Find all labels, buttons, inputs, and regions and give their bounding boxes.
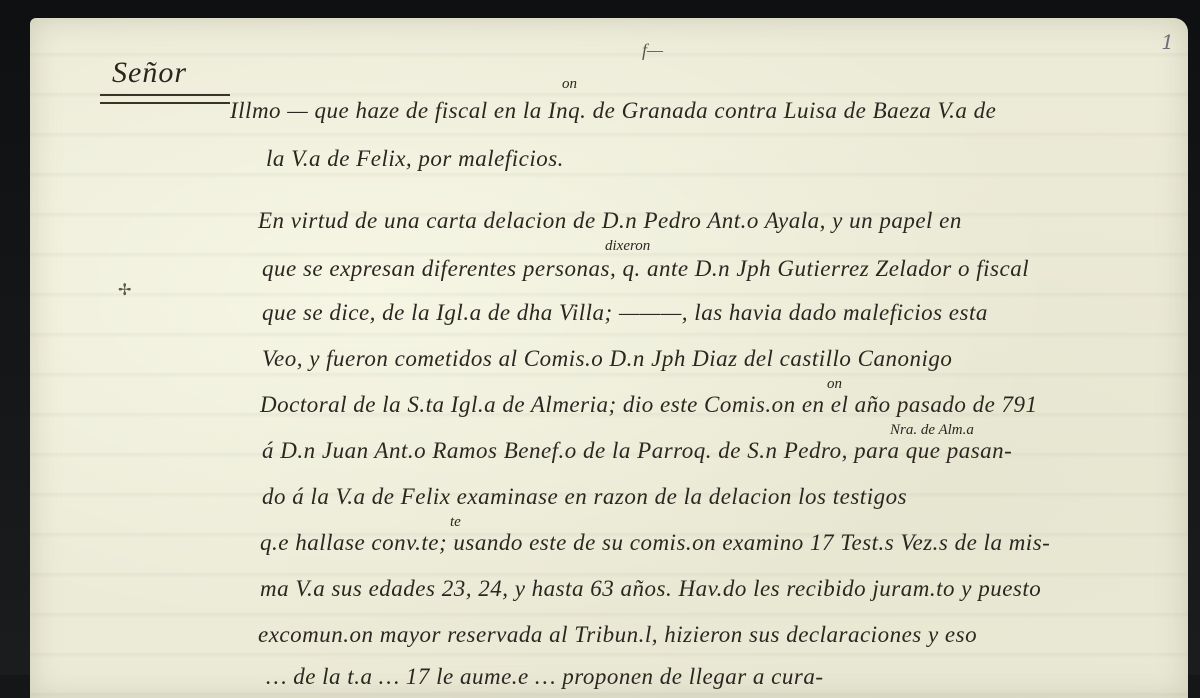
manuscript-page: f— 1 Señor ✢ on Illmo — que haze de fisc… xyxy=(30,18,1188,675)
superscript-annotation: on xyxy=(827,376,842,393)
top-mark: f— xyxy=(642,40,663,61)
superscript-annotation: te xyxy=(450,514,461,531)
manuscript-line: q.e hallase conv.te; usando este de su c… xyxy=(260,530,1050,556)
manuscript-line: que se expresan diferentes personas, q. … xyxy=(262,256,1029,282)
superscript-annotation: dixeron xyxy=(605,238,650,255)
manuscript-line: En virtud de una carta delacion de D.n P… xyxy=(258,208,962,234)
salutation-underline xyxy=(100,94,230,104)
margin-mark: ✢ xyxy=(118,280,131,300)
manuscript-line: excomun.on mayor reservada al Tribun.l, … xyxy=(258,622,977,648)
manuscript-line: ma V.a sus edades 23, 24, y hasta 63 año… xyxy=(260,576,1041,602)
manuscript-line: Doctoral de la S.ta Igl.a de Almeria; di… xyxy=(260,392,1038,418)
manuscript-line: la V.a de Felix, por maleficios. xyxy=(266,146,564,172)
manuscript-line: á D.n Juan Ant.o Ramos Benef.o de la Par… xyxy=(262,438,1012,464)
salutation: Señor xyxy=(112,56,187,90)
manuscript-line: … de la t.a … 17 le aume.e … proponen de… xyxy=(266,664,824,675)
manuscript-line: Illmo — que haze de fiscal en la Inq. de… xyxy=(230,98,996,124)
manuscript-line: que se dice, de la Igl.a de dha Villa; —… xyxy=(262,300,988,326)
manuscript-line: do á la V.a de Felix examinase en razon … xyxy=(262,484,907,510)
superscript-annotation: on xyxy=(562,76,577,93)
folio-number: 1 xyxy=(1161,30,1174,54)
manuscript-line: Veo, y fueron cometidos al Comis.o D.n J… xyxy=(262,346,952,372)
superscript-annotation: Nra. de Alm.a xyxy=(890,422,974,439)
